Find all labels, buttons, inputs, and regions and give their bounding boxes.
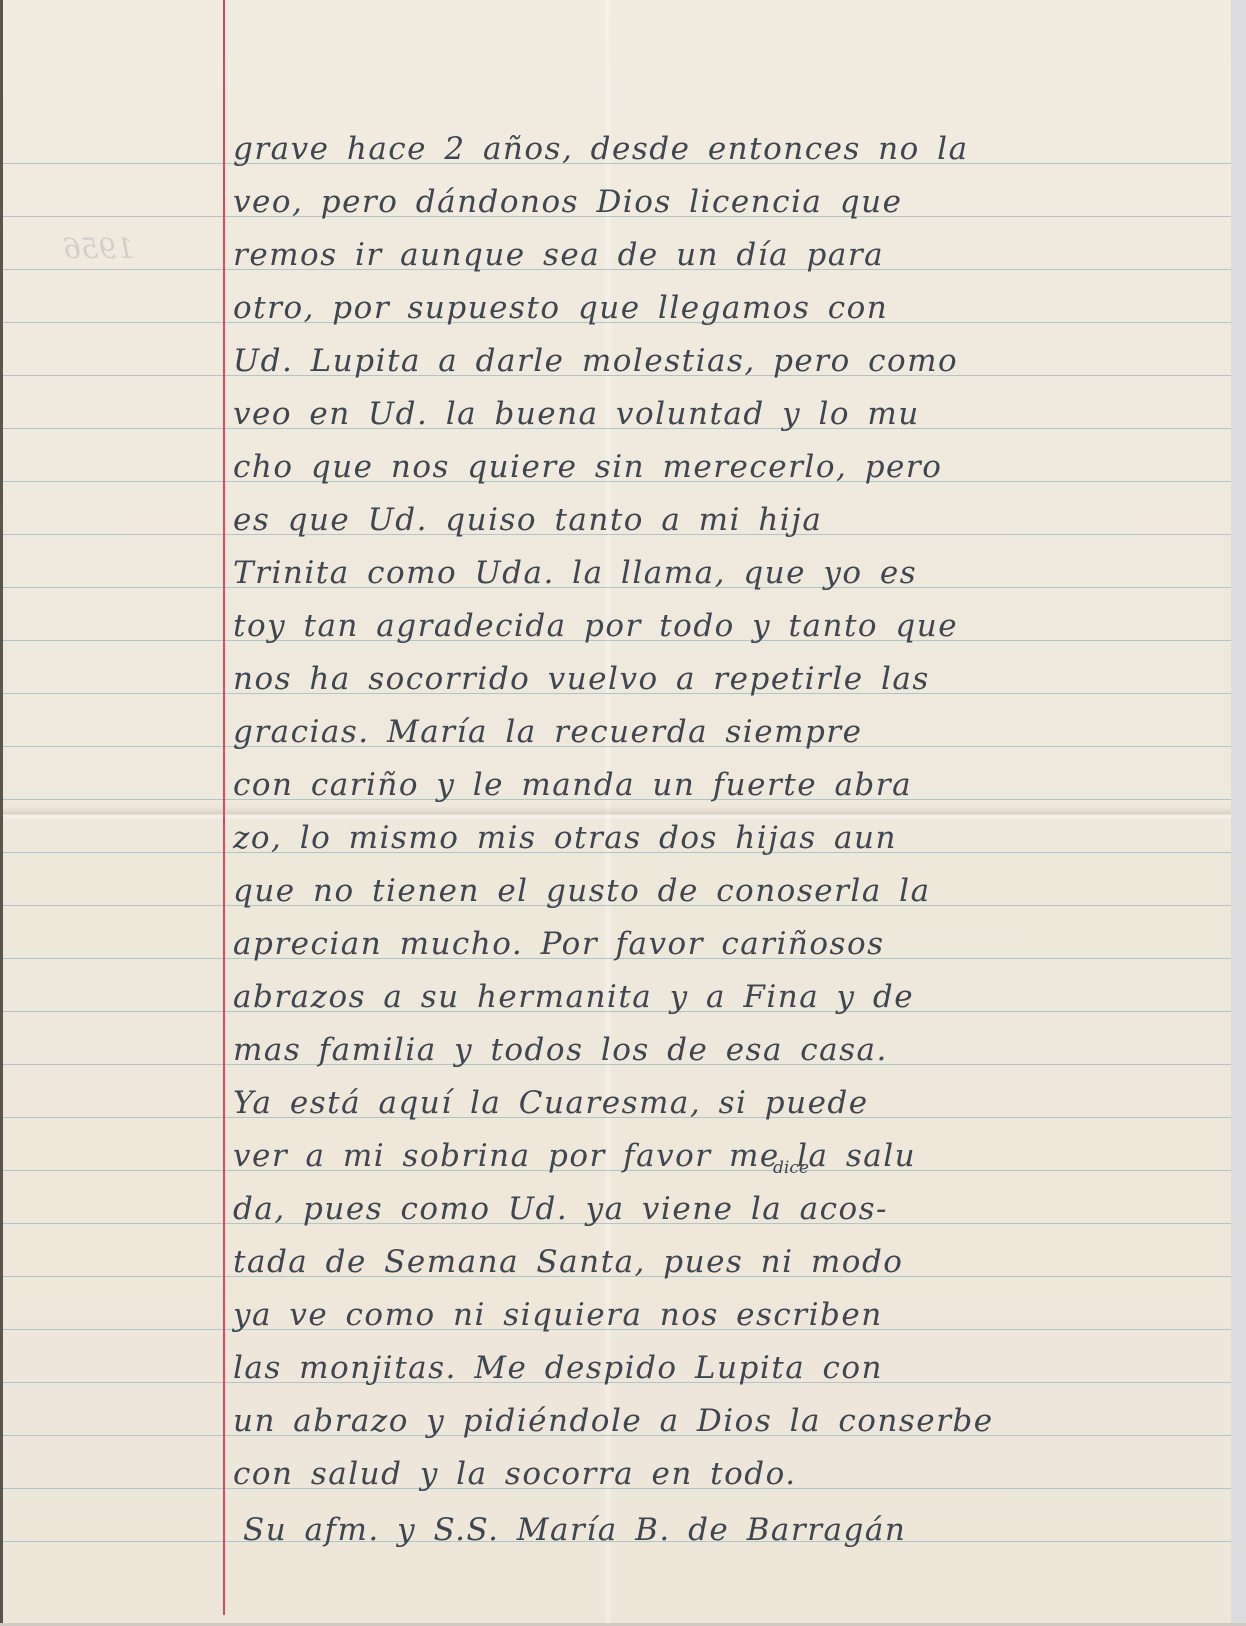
letter-line: grave hace 2 años, desde entonces no la <box>233 129 1213 169</box>
letter-line: otro, por supuesto que llegamos con <box>233 288 1213 328</box>
letter-line: que no tienen el gusto de conoserla la <box>233 871 1213 911</box>
letter-line: gracias. María la recuerda siempre <box>233 712 1213 752</box>
letter-line: nos ha socorrido vuelvo a repetirle las <box>233 659 1213 699</box>
paper-left-edge <box>0 0 3 1626</box>
letter-page: 1956 grave hace 2 años, desde entonces n… <box>3 0 1231 1623</box>
letter-line: Ya está aquí la Cuaresma, si puede <box>233 1083 1213 1123</box>
letter-line: zo, lo mismo mis otras dos hijas aun <box>233 818 1213 858</box>
letter-line: abrazos a su hermanita y a Fina y de <box>233 977 1213 1017</box>
letter-line: las monjitas. Me despido Lupita con <box>233 1348 1213 1388</box>
letter-line: ya ve como ni siquiera nos escriben <box>233 1295 1213 1335</box>
insertion-dice: dice <box>773 1158 809 1178</box>
letter-line: es que Ud. quiso tanto a mi hija <box>233 500 1213 540</box>
letter-line: tada de Semana Santa, pues ni modo <box>233 1242 1213 1282</box>
letter-line: cho que nos quiere sin merecerlo, pero <box>233 447 1213 487</box>
letter-line: un abrazo y pidiéndole a Dios la conserb… <box>233 1401 1213 1441</box>
bleed-through-date: 1956 <box>63 232 134 265</box>
letter-line: Trinita como Uda. la llama, que yo es <box>233 553 1213 593</box>
letter-line: mas familia y todos los de esa casa. <box>233 1030 1213 1070</box>
red-margin-line <box>223 0 225 1615</box>
letter-line: Ud. Lupita a darle molestias, pero como <box>233 341 1213 381</box>
letter-line: con salud y la socorra en todo. <box>233 1454 1213 1494</box>
letter-line: da, pues como Ud. ya viene la acos- <box>233 1189 1213 1229</box>
letter-line: ver a mi sobrina por favor me la salu <box>233 1136 1213 1176</box>
letter-line: veo en Ud. la buena voluntad y lo mu <box>233 394 1213 434</box>
letter-line: toy tan agradecida por todo y tanto que <box>233 606 1213 646</box>
letter-line: aprecian mucho. Por favor cariñosos <box>233 924 1213 964</box>
letter-line: remos ir aunque sea de un día para <box>233 235 1213 275</box>
signature: Su afm. y S.S. María B. de Barragán <box>243 1510 1223 1550</box>
letter-line: con cariño y le manda un fuerte abra <box>233 765 1213 805</box>
letter-line: veo, pero dándonos Dios licencia que <box>233 182 1213 222</box>
